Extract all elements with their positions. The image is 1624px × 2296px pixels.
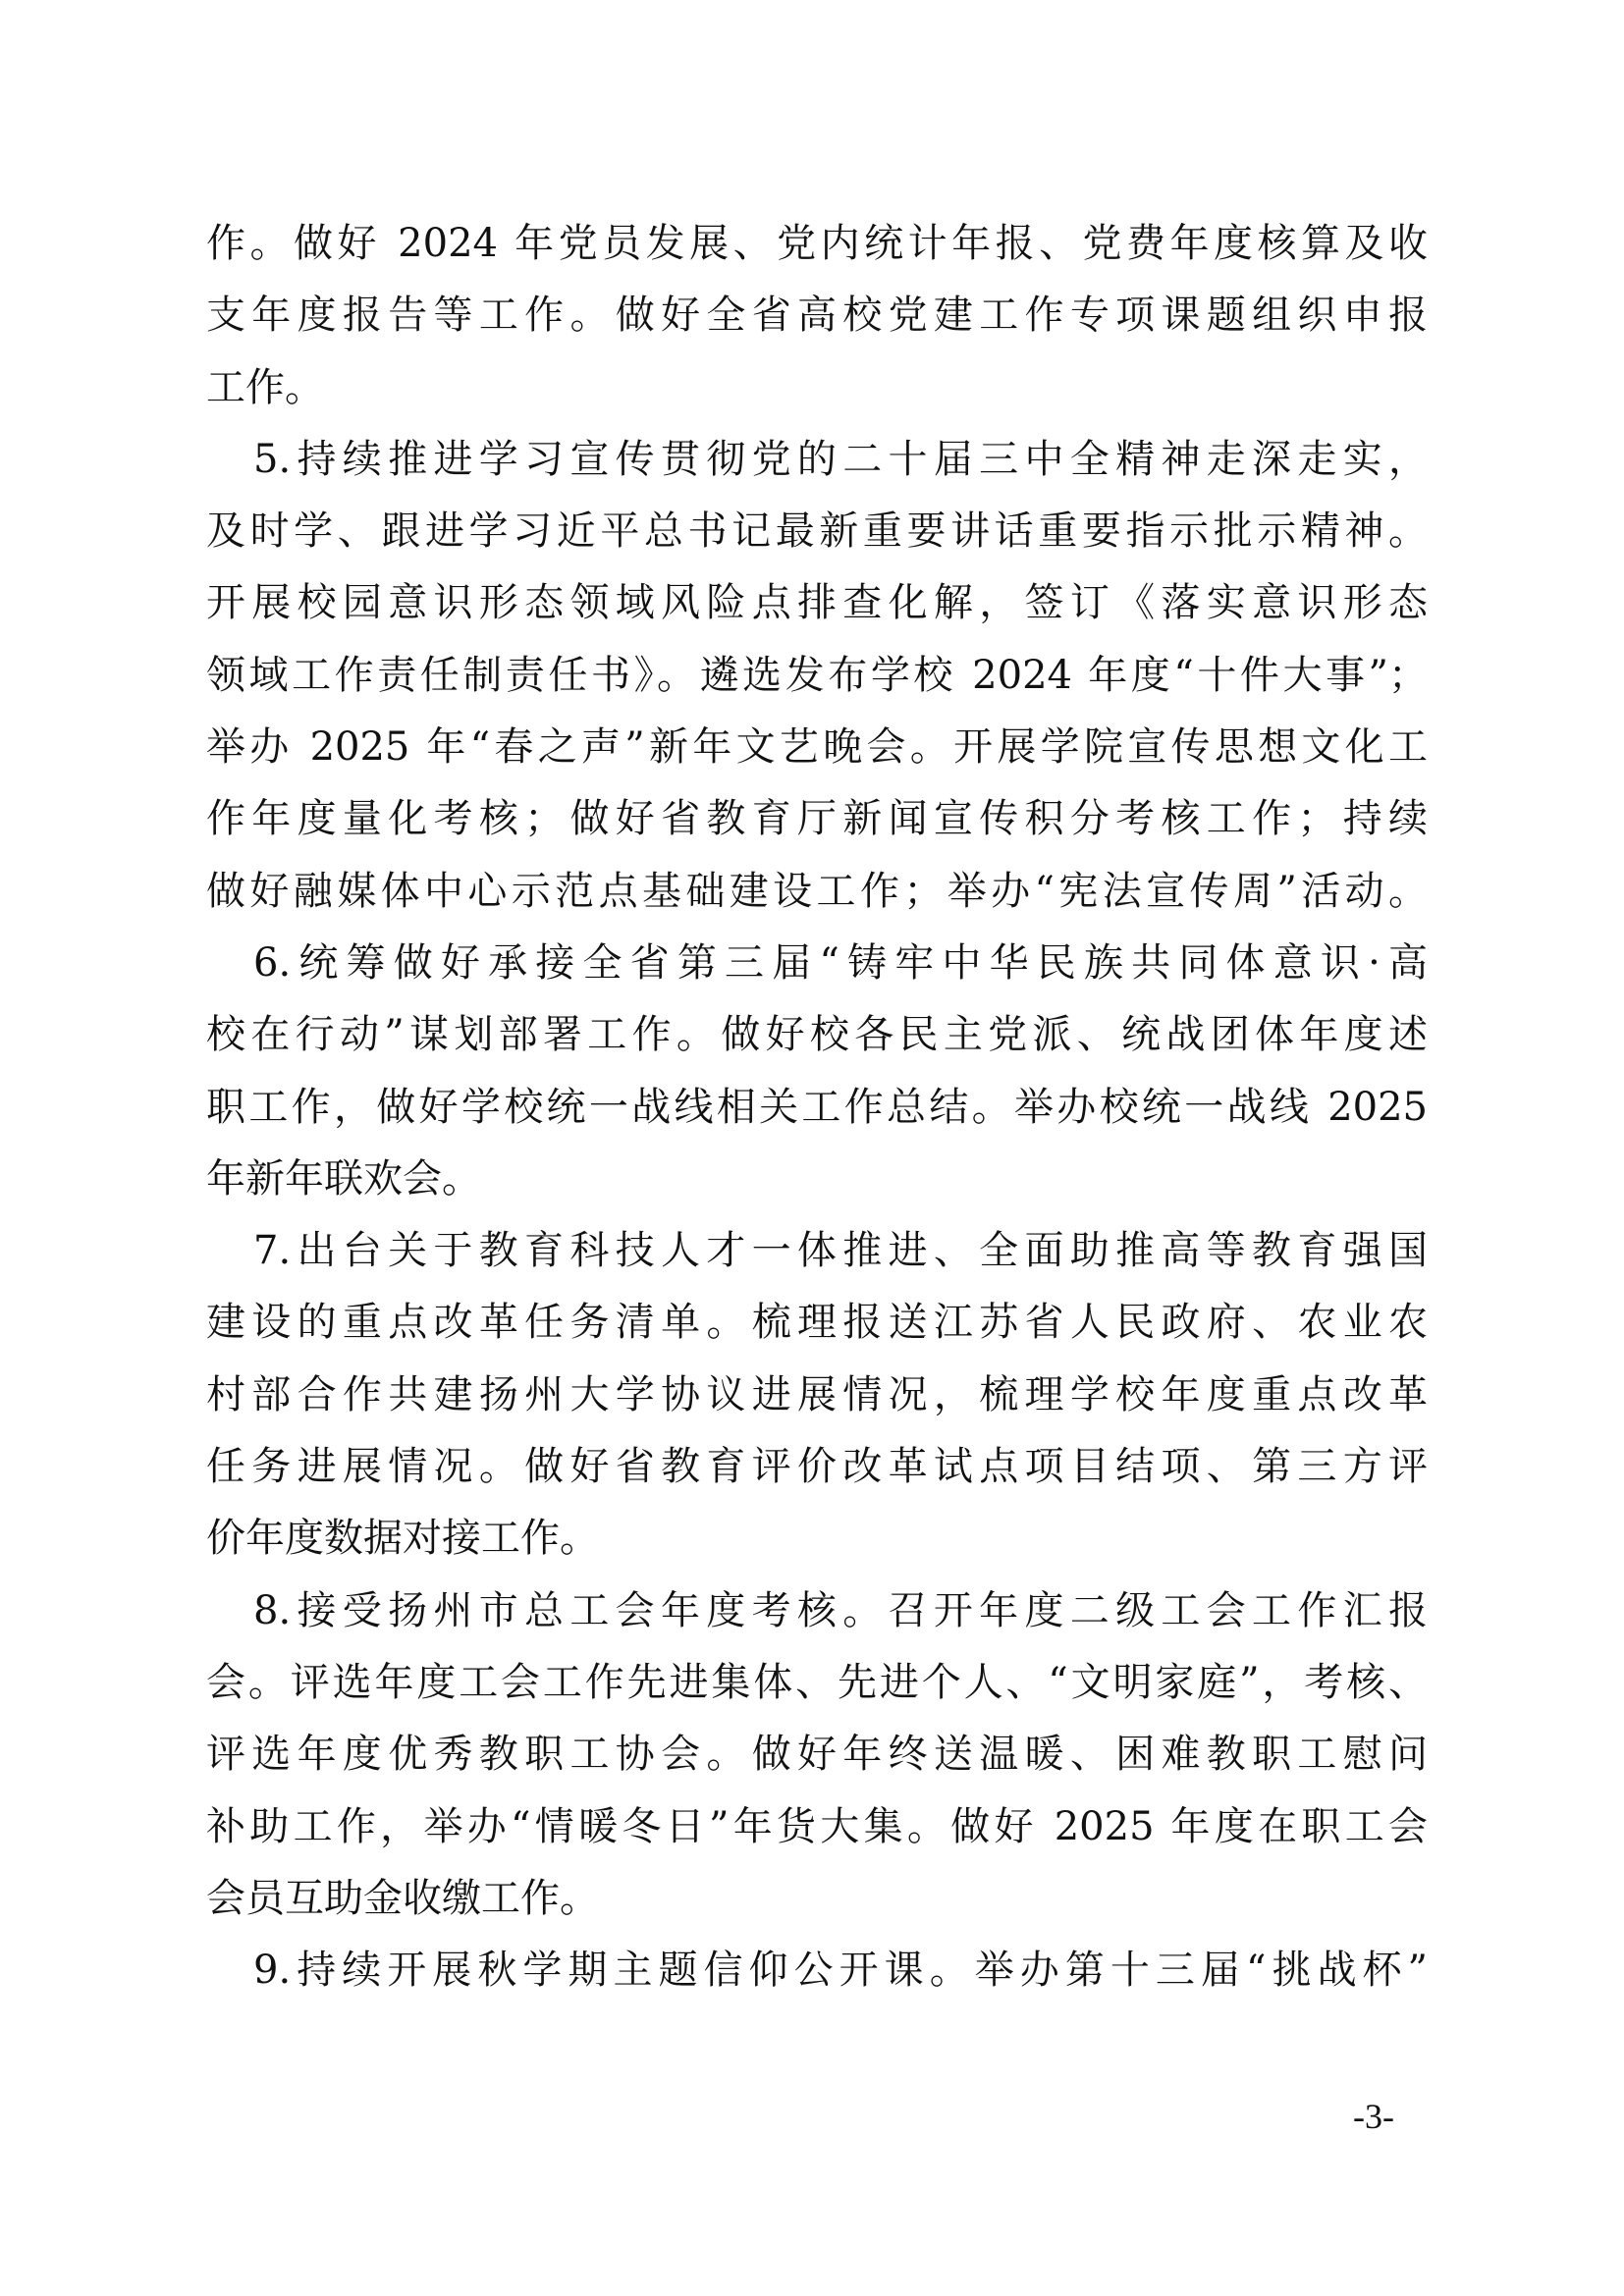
text-line: 作年度量化考核；做好省教育厅新闻宣传积分考核工作；持续 [206,783,1428,855]
text-line: 开展校园意识形态领域风险点排查化解，签订《落实意识形态 [206,567,1428,639]
paragraph-item-8: 8.接受扬州市总工会年度考核。召开年度二级工会工作汇报 会。评选年度工会工作先进… [206,1575,1428,1935]
page-number: -3- [1353,2096,1394,2137]
text-line: 6.统筹做好承接全省第三届“铸牢中华民族共同体意识·高 [206,928,1428,999]
text-line: 会员互助金收缴工作。 [206,1863,1428,1935]
text-line: 领域工作责任制责任书》。遴选发布学校 2024 年度“十件大事”； [206,640,1428,712]
text-line: 7.出台关于教育科技人才一体推进、全面助推高等教育强国 [206,1215,1428,1287]
paragraph-item-7: 7.出台关于教育科技人才一体推进、全面助推高等教育强国 建设的重点改革任务清单。… [206,1215,1428,1575]
text-line: 作。做好 2024 年党员发展、党内统计年报、党费年度核算及收 [206,208,1428,280]
text-line: 8.接受扬州市总工会年度考核。召开年度二级工会工作汇报 [206,1575,1428,1647]
paragraph-item-6: 6.统筹做好承接全省第三届“铸牢中华民族共同体意识·高 校在行动”谋划部署工作。… [206,928,1428,1215]
text-line: 村部合作共建扬州大学协议进展情况，梳理学校年度重点改革 [206,1360,1428,1431]
text-line: 价年度数据对接工作。 [206,1503,1428,1575]
text-line: 及时学、跟进学习近平总书记最新重要讲话重要指示批示精神。 [206,496,1428,567]
text-line: 5.持续推进学习宣传贯彻党的二十届三中全精神走深走实， [206,424,1428,496]
text-line: 举办 2025 年“春之声”新年文艺晚会。开展学院宣传思想文化工 [206,712,1428,783]
text-line: 工作。 [206,352,1428,424]
text-line: 建设的重点改革任务清单。梳理报送江苏省人民政府、农业农 [206,1287,1428,1359]
paragraph-item-4-continuation: 作。做好 2024 年党员发展、党内统计年报、党费年度核算及收 支年度报告等工作… [206,208,1428,424]
paragraph-item-5: 5.持续推进学习宣传贯彻党的二十届三中全精神走深走实， 及时学、跟进学习近平总书… [206,424,1428,928]
text-line: 支年度报告等工作。做好全省高校党建工作专项课题组织申报 [206,280,1428,351]
text-line: 校在行动”谋划部署工作。做好校各民主党派、统战团体年度述 [206,999,1428,1071]
text-line: 评选年度优秀教职工协会。做好年终送温暖、困难教职工慰问 [206,1719,1428,1790]
document-body: 作。做好 2024 年党员发展、党内统计年报、党费年度核算及收 支年度报告等工作… [206,208,1428,2006]
text-line: 会。评选年度工会工作先进集体、先进个人、“文明家庭”，考核、 [206,1647,1428,1719]
text-line: 做好融媒体中心示范点基础建设工作；举办“宪法宣传周”活动。 [206,856,1428,928]
text-line: 职工作，做好学校统一战线相关工作总结。举办校统一战线 2025 [206,1072,1428,1144]
text-line: 补助工作，举办“情暖冬日”年货大集。做好 2025 年度在职工会 [206,1791,1428,1863]
text-line: 年新年联欢会。 [206,1144,1428,1215]
paragraph-item-9: 9.持续开展秋学期主题信仰公开课。举办第十三届“挑战杯” [206,1935,1428,2006]
text-line: 任务进展情况。做好省教育评价改革试点项目结项、第三方评 [206,1431,1428,1503]
text-line: 9.持续开展秋学期主题信仰公开课。举办第十三届“挑战杯” [206,1935,1428,2006]
